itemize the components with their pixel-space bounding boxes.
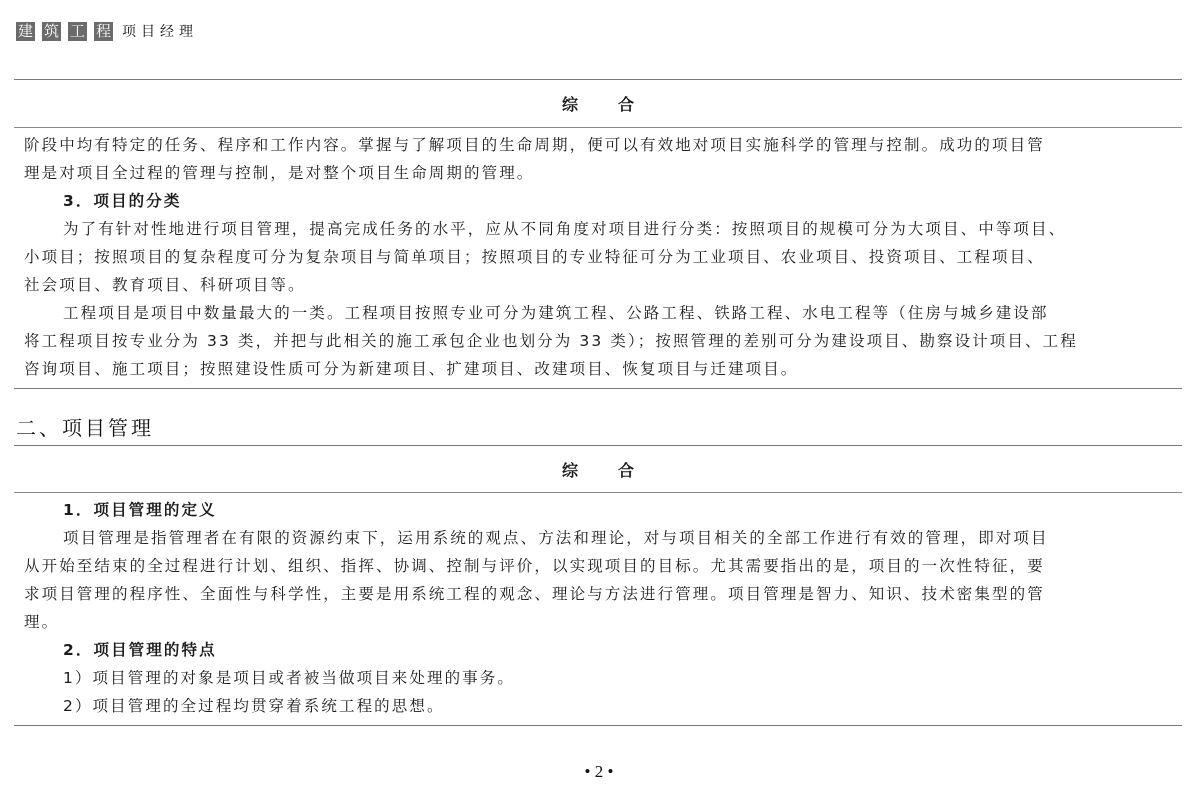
content-block-classification: 阶段中均有特定的任务、程序和工作内容。掌握与了解项目的生命周期，便可以有效地对项… — [24, 131, 1174, 383]
band-title-char: 合 — [618, 95, 634, 114]
feature-item: 1）项目管理的对象是项目或者被当做项目来处理的事务。 — [24, 664, 1174, 692]
subheading-project-classification: 3．项目的分类 — [24, 187, 1174, 215]
band-top-rule — [14, 79, 1182, 80]
body-line: 为了有针对性地进行项目管理，提高完成任务的水平，应从不同角度对项目进行分类：按照… — [24, 215, 1174, 243]
section-heading-project-management: 二、项目管理 — [16, 412, 154, 441]
series-title-char: 建 — [16, 22, 35, 41]
band-bottom-rule — [14, 127, 1182, 128]
subheading-pm-definition: 1．项目管理的定义 — [24, 496, 1174, 524]
body-line: 社会项目、教育项目、科研项目等。 — [24, 271, 1174, 299]
content-block-project-management: 1．项目管理的定义 项目管理是指管理者在有限的资源约束下，运用系统的观点、方法和… — [24, 496, 1174, 720]
series-title-char: 工 — [68, 22, 87, 41]
body-line: 项目管理是指管理者在有限的资源约束下，运用系统的观点、方法和理论，对与项目相关的… — [24, 524, 1174, 552]
book-subtitle: 项目经理 — [122, 21, 198, 41]
body-line: 求项目管理的程序性、全面性与科学性，主要是用系统工程的观念、理论与方法进行管理。… — [24, 580, 1174, 608]
series-title-char: 筑 — [42, 22, 61, 41]
band-title-char: 合 — [618, 461, 634, 480]
band-bottom-rule — [14, 492, 1182, 493]
block-bottom-rule — [14, 725, 1182, 726]
block-bottom-rule — [14, 388, 1182, 389]
band-top-rule — [14, 445, 1182, 446]
running-header: 建 筑 工 程 项目经理 — [16, 20, 198, 42]
body-line: 咨询项目、施工项目；按照建设性质可分为新建项目、扩建项目、改建项目、恢复项目与迁… — [24, 355, 1174, 383]
band-title-char: 综 — [562, 95, 578, 114]
subheading-pm-features: 2．项目管理的特点 — [24, 636, 1174, 664]
band-title: 综合 — [14, 92, 1182, 115]
band-title-char: 综 — [562, 461, 578, 480]
body-line: 工程项目是项目中数量最大的一类。工程项目按照专业可分为建筑工程、公路工程、铁路工… — [24, 299, 1174, 327]
feature-item: 2）项目管理的全过程均贯穿着系统工程的思想。 — [24, 692, 1174, 720]
body-line: 理是对项目全过程的管理与控制，是对整个项目生命周期的管理。 — [24, 159, 1174, 187]
body-line: 将工程项目按专业分为 33 类，并把与此相关的施工承包企业也划分为 33 类）；… — [24, 327, 1174, 355]
band-title: 综合 — [14, 458, 1182, 481]
page-number: • 2 • — [0, 762, 1198, 782]
body-line: 从开始至结束的全过程进行计划、组织、指挥、协调、控制与评价，以实现项目的目标。尤… — [24, 552, 1174, 580]
series-title-char: 程 — [94, 22, 113, 41]
body-line: 小项目；按照项目的复杂程度可分为复杂项目与简单项目；按照项目的专业特征可分为工业… — [24, 243, 1174, 271]
body-line: 理。 — [24, 608, 1174, 636]
body-line: 阶段中均有特定的任务、程序和工作内容。掌握与了解项目的生命周期，便可以有效地对项… — [24, 131, 1174, 159]
